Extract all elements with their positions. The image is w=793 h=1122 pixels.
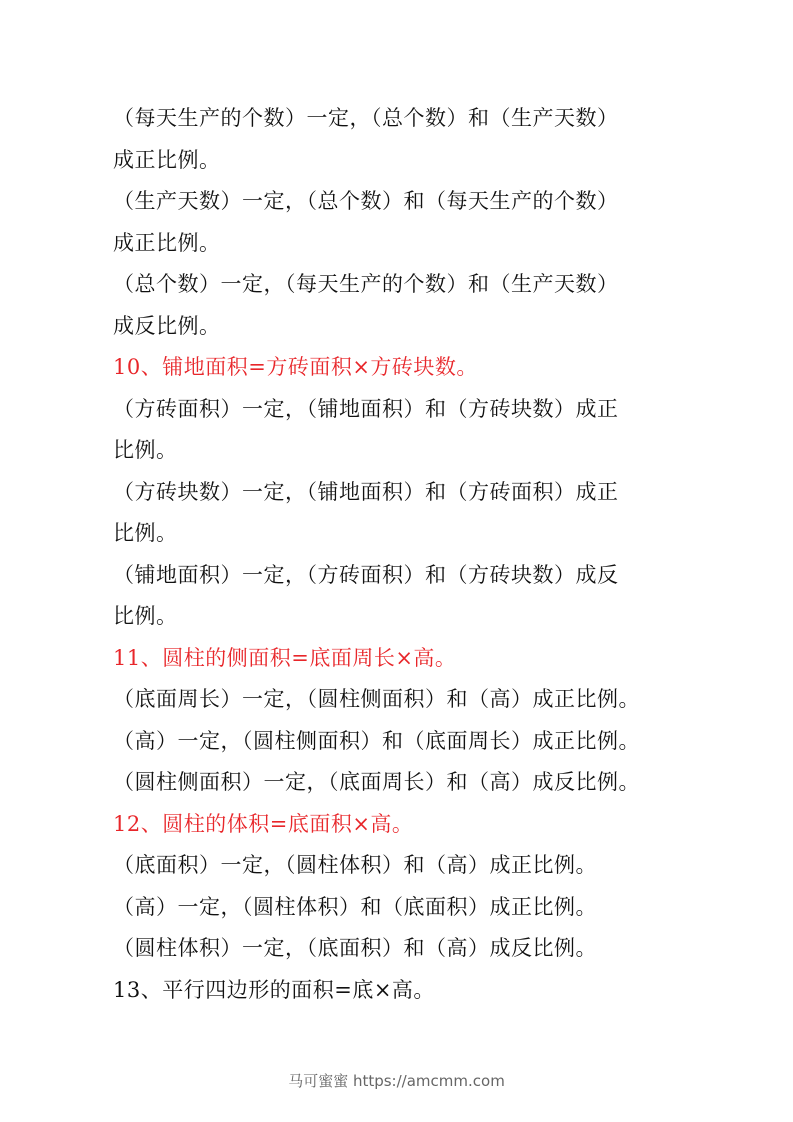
text-line: （生产天数）一定，（总个数）和（每天生产的个数） bbox=[113, 181, 688, 223]
section-heading-11: 11、圆柱的侧面积=底面周长×高。 bbox=[113, 638, 688, 680]
section-heading-13: 13、平行四边形的面积=底×高。 bbox=[113, 970, 688, 1012]
text-line: （方砖面积）一定，（铺地面积）和（方砖块数）成正 bbox=[113, 389, 688, 431]
footer-watermark: 马可蜜蜜 https://amcmm.com bbox=[0, 1070, 793, 1091]
text-line: （总个数）一定，（每天生产的个数）和（生产天数） bbox=[113, 264, 688, 306]
text-line: 比例。 bbox=[113, 513, 688, 555]
text-line: 成正比例。 bbox=[113, 140, 688, 182]
text-line: （圆柱体积）一定，（底面积）和（高）成反比例。 bbox=[113, 928, 688, 970]
document-page: （每天生产的个数）一定，（总个数）和（生产天数） 成正比例。 （生产天数）一定，… bbox=[113, 98, 688, 1011]
section-heading-12: 12、圆柱的体积=底面积×高。 bbox=[113, 804, 688, 846]
text-line: （底面积）一定，（圆柱体积）和（高）成正比例。 bbox=[113, 845, 688, 887]
text-line: 比例。 bbox=[113, 430, 688, 472]
text-line: 成反比例。 bbox=[113, 306, 688, 348]
text-line: （每天生产的个数）一定，（总个数）和（生产天数） bbox=[113, 98, 688, 140]
text-line: （方砖块数）一定，（铺地面积）和（方砖面积）成正 bbox=[113, 472, 688, 514]
text-line: （底面周长）一定，（圆柱侧面积）和（高）成正比例。 bbox=[113, 679, 688, 721]
text-line: （铺地面积）一定，（方砖面积）和（方砖块数）成反 bbox=[113, 555, 688, 597]
text-line: （高）一定，（圆柱体积）和（底面积）成正比例。 bbox=[113, 887, 688, 929]
section-heading-10: 10、铺地面积=方砖面积×方砖块数。 bbox=[113, 347, 688, 389]
text-line: （高）一定，（圆柱侧面积）和（底面周长）成正比例。 bbox=[113, 721, 688, 763]
text-line: （圆柱侧面积）一定，（底面周长）和（高）成反比例。 bbox=[113, 762, 688, 804]
text-line: 成正比例。 bbox=[113, 223, 688, 265]
text-line: 比例。 bbox=[113, 596, 688, 638]
